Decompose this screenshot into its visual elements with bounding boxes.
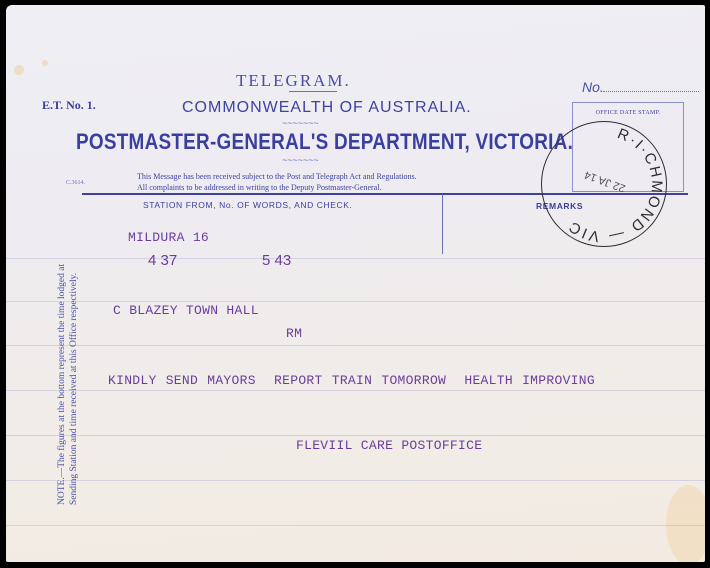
form-code: C.3614. <box>66 180 85 186</box>
ruled-line <box>6 390 705 391</box>
postmark-stamp: R·I·CHMOND — VIC 22 JA 14 <box>541 121 667 247</box>
postmark-icon: R·I·CHMOND — VIC 22 JA 14 <box>542 122 666 246</box>
svg-text:22 JA 14: 22 JA 14 <box>583 168 627 194</box>
notice-line-2: All complaints to be addressed in writin… <box>137 182 417 193</box>
office-date-stamp-label: OFFICE DATE STAMP. <box>573 110 683 116</box>
ornament-divider: ~~~~~~~ <box>282 155 319 165</box>
station-name: MILDURA <box>128 230 185 245</box>
word-count: 16 <box>193 230 209 245</box>
ruled-line <box>6 435 705 436</box>
time-received: 5 43 <box>262 252 291 269</box>
side-note-line-1: NOTE.—The figures at the bottom represen… <box>56 264 68 505</box>
paper-stain <box>666 485 705 562</box>
addressee: C BLAZEY TOWN HALL <box>113 303 259 318</box>
number-label: No. <box>582 79 604 95</box>
ornament-divider: ~~~~~~~ <box>282 118 319 128</box>
ruled-line <box>6 525 705 526</box>
addressee-suffix: RM <box>286 326 302 341</box>
number-field <box>603 91 699 92</box>
ruled-line <box>6 258 705 259</box>
form-id: E.T. No. 1. <box>42 98 96 113</box>
side-note-line-2: Sending Station and time received at thi… <box>68 264 80 505</box>
ruled-line <box>6 301 705 302</box>
telegram-title: TELEGRAM. <box>236 71 351 91</box>
title-underline <box>289 91 337 92</box>
notice-text: This Message has been received subject t… <box>137 171 417 193</box>
heading-department: POSTMASTER-GENERAL'S DEPARTMENT, VICTORI… <box>76 129 573 155</box>
message-body: KINDLY SEND MAYORS REPORT TRAIN TOMORROW… <box>108 373 595 388</box>
ruled-line <box>6 480 705 481</box>
telegram-form: TELEGRAM. E.T. No. 1. COMMONWEALTH OF AU… <box>6 5 705 562</box>
ruled-line <box>6 345 705 346</box>
paper-stain <box>42 60 48 66</box>
time-lodged: 4 37 <box>148 252 177 269</box>
side-note: NOTE.—The figures at the bottom represen… <box>56 264 80 505</box>
notice-line-1: This Message has been received subject t… <box>137 171 417 182</box>
heading-commonwealth: COMMONWEALTH OF AUSTRALIA. <box>182 99 472 117</box>
station-from: MILDURA 16 <box>128 230 209 245</box>
column-divider <box>442 194 443 254</box>
station-header: STATION FROM, No. OF WORDS, AND CHECK. <box>143 200 353 210</box>
sender-signature: FLEVIIL CARE POSTOFFICE <box>296 438 482 453</box>
paper-stain <box>14 65 24 75</box>
